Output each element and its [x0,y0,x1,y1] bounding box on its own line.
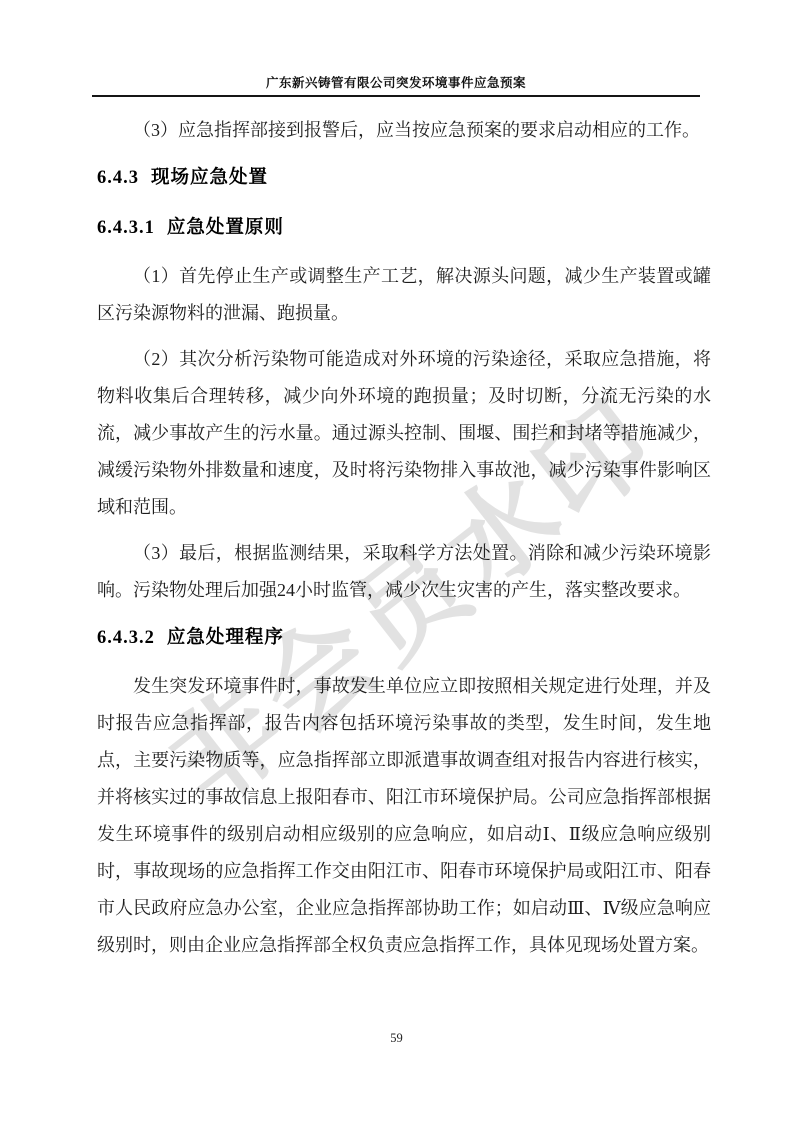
header-title: 广东新兴铸管有限公司突发环境事件应急预案 [92,73,700,91]
section-number: 6.4.3 [97,168,139,188]
section-number: 6.4.3.1 [97,218,155,238]
paragraph-principle-3: （3）最后，根据监测结果，采取科学方法处置。消除和减少污染环境影响。污染物处理后… [97,535,711,609]
document-body: （3）应急指挥部接到报警后，应当按应急预案的要求启动相应的工作。 6.4.3现场… [97,112,711,973]
paragraph-principle-2: （2）其次分析污染物可能造成对外环境的污染途径，采取应急措施，将物料收集后合理转… [97,341,711,526]
section-heading-643: 6.4.3现场应急处置 [97,158,711,197]
document-page: 非会员水印 广东新兴铸管有限公司突发环境事件应急预案 （3）应急指挥部接到报警后… [0,0,793,1122]
section-title: 现场应急处置 [151,166,268,187]
section-heading-6432: 6.4.3.2应急处理程序 [97,618,711,657]
paragraph-principle-1: （1）首先停止生产或调整生产工艺，解决源头问题，减少生产装置或罐区污染源物料的泄… [97,258,711,332]
section-title: 应急处置原则 [167,216,284,237]
section-title: 应急处理程序 [167,626,284,647]
paragraph-intro: （3）应急指挥部接到报警后，应当按应急预案的要求启动相应的工作。 [97,112,711,149]
section-heading-6431: 6.4.3.1应急处置原则 [97,208,711,247]
paragraph-procedure: 发生突发环境事件时，事故发生单位应立即按照相关规定进行处理，并及时报告应急指挥部… [97,668,711,964]
section-number: 6.4.3.2 [97,628,155,648]
page-number: 59 [0,1031,793,1046]
page-header: 广东新兴铸管有限公司突发环境事件应急预案 [92,0,700,97]
header-rule [92,95,700,97]
